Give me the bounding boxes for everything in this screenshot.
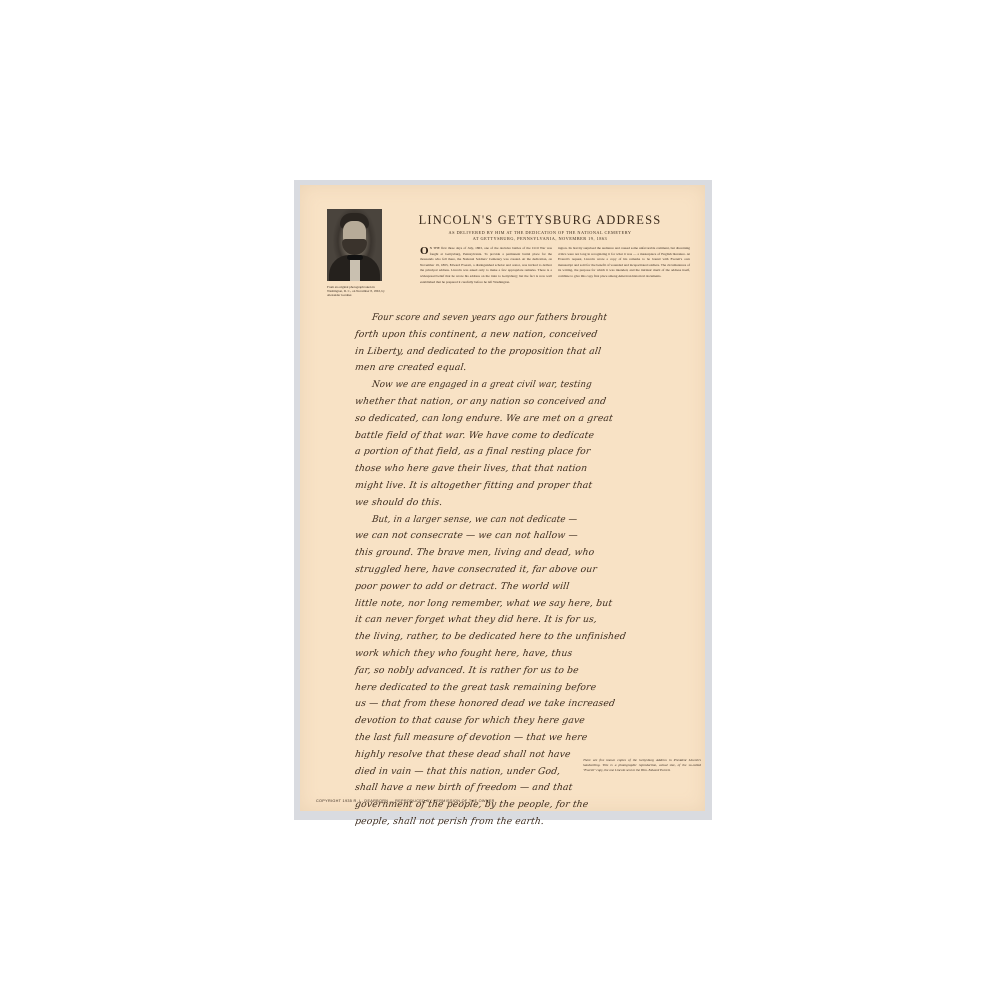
copyright-line: COPYRIGHT 1935 R. L. DEARBORN — REPRODUC… [316, 799, 516, 803]
manuscript-line: forth upon this continent, a new nation,… [354, 327, 656, 344]
manuscript-line: battle field of that war. We have come t… [354, 428, 656, 445]
side-note: There are five known copies of the Getty… [583, 758, 701, 772]
manuscript-line: devotion to that cause for which they he… [354, 713, 656, 730]
manuscript-line: the last full measure of devotion — that… [354, 730, 656, 747]
manuscript-line: Four score and seven years ago our fathe… [354, 310, 638, 327]
manuscript-line: us — that from these honored dead we tak… [354, 696, 656, 713]
manuscript-line: people, shall not perish from the earth. [354, 814, 656, 831]
manuscript-line: shall have a new birth of freedom — and … [354, 780, 656, 797]
manuscript-line: poor power to add or detract. The world … [354, 579, 656, 596]
handwritten-manuscript: Four score and seven years ago our fathe… [355, 310, 655, 831]
portrait-beard [342, 239, 367, 255]
page-subtitle: AS DELIVERED BY HIM AT THE DEDICATION OF… [395, 230, 685, 242]
subtitle-line-2: AT GETTYSBURG, PENNSYLVANIA, NOVEMBER 19… [395, 236, 685, 242]
manuscript-line: struggled here, have consecrated it, far… [354, 562, 656, 579]
manuscript-line: a portion of that field, as a final rest… [354, 444, 656, 461]
manuscript-line: work which they who fought here, have, t… [354, 646, 656, 663]
manuscript-line: whether that nation, or any nation so co… [354, 394, 656, 411]
manuscript-line: this ground. The brave men, living and d… [354, 545, 656, 562]
manuscript-line: might live. It is altogether fitting and… [354, 478, 656, 495]
manuscript-line: far, so nobly advanced. It is rather for… [354, 663, 656, 680]
manuscript-line: so dedicated, can long endure. We are me… [354, 411, 656, 428]
intro-column-right: ington. Its brevity surprised the audien… [558, 246, 690, 280]
manuscript-line: little note, nor long remember, what we … [354, 596, 656, 613]
portrait-tie [347, 255, 363, 260]
lincoln-portrait-image [327, 209, 382, 281]
manuscript-line: the living, rather, to be dedicated here… [354, 629, 656, 646]
portrait-caption: From an original photograph taken in Was… [327, 285, 385, 297]
intro-column-left: ON THE first three days of July, 1863, o… [420, 246, 552, 285]
page-title: LINCOLN'S GETTYSBURG ADDRESS [395, 213, 685, 228]
intro-text-left: N THE first three days of July, 1863, on… [420, 246, 552, 284]
document-page: From an original photograph taken in Was… [300, 185, 705, 811]
manuscript-line: we can not consecrate — we can not hallo… [354, 528, 656, 545]
manuscript-line: those who here gave their lives, that th… [354, 461, 656, 478]
intro-dropcap: O [420, 246, 429, 256]
manuscript-line: we should do this. [354, 495, 656, 512]
manuscript-line: Now we are engaged in a great civil war,… [354, 377, 638, 394]
manuscript-line: it can never forget what they did here. … [354, 612, 656, 629]
manuscript-line: here dedicated to the great task remaini… [354, 680, 656, 697]
manuscript-line: men are created equal. [354, 360, 656, 377]
manuscript-line: in Liberty, and dedicated to the proposi… [354, 344, 656, 361]
manuscript-line: But, in a larger sense, we can not dedic… [354, 512, 638, 529]
